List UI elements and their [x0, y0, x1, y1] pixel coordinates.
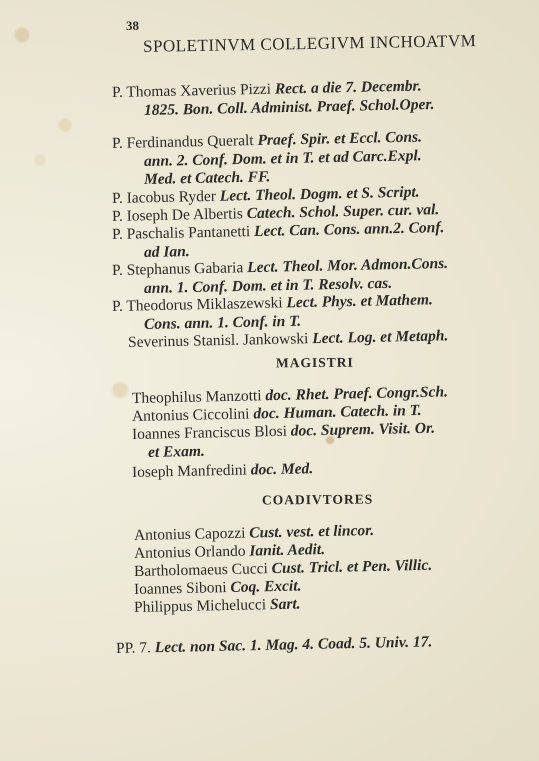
person-name: Bartholomaeus Cucci: [134, 560, 268, 580]
person-name: Severinus Stanisl. Jankowski: [128, 330, 309, 351]
person-office: Lect. Log. et Metaph.: [312, 327, 448, 347]
person-name: Theophilus Manzotti: [132, 387, 262, 407]
person-name: P. Theodorus Miklaszewski: [112, 294, 283, 315]
summary-text: Lect. non Sac. 1. Mag. 4. Coad. 5. Univ.…: [155, 633, 433, 656]
entry-queralt-cont2: Med. et Catech. FF.: [144, 168, 271, 189]
person-office: doc. Med.: [251, 460, 314, 478]
entry-manfredini: Ioseph Manfredini doc. Med.: [132, 460, 314, 482]
page-title: SPOLETINVM COLLEGIVM INCHOATVM: [143, 31, 477, 57]
person-office: doc. Human. Catech. in T.: [253, 402, 422, 423]
person-name: P. Thomas Xaverius Pizzi: [112, 81, 271, 101]
person-name: P. Ferdinandus Queralt: [112, 132, 254, 152]
person-office: Cust. vest. et lincor.: [249, 522, 374, 542]
person-office: Sart.: [270, 596, 301, 614]
person-office: Coq. Excit.: [230, 577, 301, 595]
person-office: Rect. a die 7. Decembr.: [275, 78, 422, 98]
person-name: P. Paschalis Pantanetti: [112, 223, 251, 243]
person-name: Philippus Michelucci: [134, 596, 266, 616]
person-name: Ioannes Franciscus Blosi: [132, 423, 287, 443]
person-name: Ioannes Siboni: [134, 579, 227, 598]
summary-prefix: PP. 7.: [116, 639, 151, 657]
section-heading-magistri: MAGISTRI: [276, 355, 354, 372]
person-office: Lect. Theol. Mor. Admon.Cons.: [247, 255, 448, 276]
person-name: P. Stephanus Gabaria: [112, 259, 244, 279]
entry-pantanetti-cont: ad Ian.: [144, 243, 190, 262]
entry-michelucci: Philippus Michelucci Sart.: [134, 596, 301, 617]
person-office: Cust. Tricl. et Pen. Villic.: [272, 557, 433, 577]
summary-line: PP. 7. Lect. non Sac. 1. Mag. 4. Coad. 5…: [116, 633, 433, 658]
entry-blosi-cont: et Exam.: [148, 443, 205, 462]
person-name: P. Iacobus Ryder: [112, 188, 216, 207]
person-office: Lect. Phys. et Mathem.: [286, 291, 433, 311]
book-page: 38 SPOLETINVM COLLEGIVM INCHOATVM P. Tho…: [0, 0, 539, 761]
person-office: Praef. Spir. et Eccl. Cons.: [257, 129, 422, 149]
person-name: Antonius Capozzi: [134, 525, 246, 544]
person-name: Ioseph Manfredini: [132, 462, 247, 481]
person-name: P. Ioseph De Albertis: [112, 205, 243, 225]
person-office: doc. Suprem. Visit. Or.: [291, 420, 436, 440]
person-office: Ianit. Aedit.: [249, 541, 325, 560]
person-name: Antonius Orlando: [134, 543, 246, 562]
section-heading-coadiutores: COADIVTORES: [262, 492, 373, 509]
person-office: Lect. Can. Cons. ann.2. Conf.: [254, 219, 445, 240]
page-number: 38: [126, 18, 139, 34]
person-name: Antonius Ciccolini: [132, 406, 250, 425]
